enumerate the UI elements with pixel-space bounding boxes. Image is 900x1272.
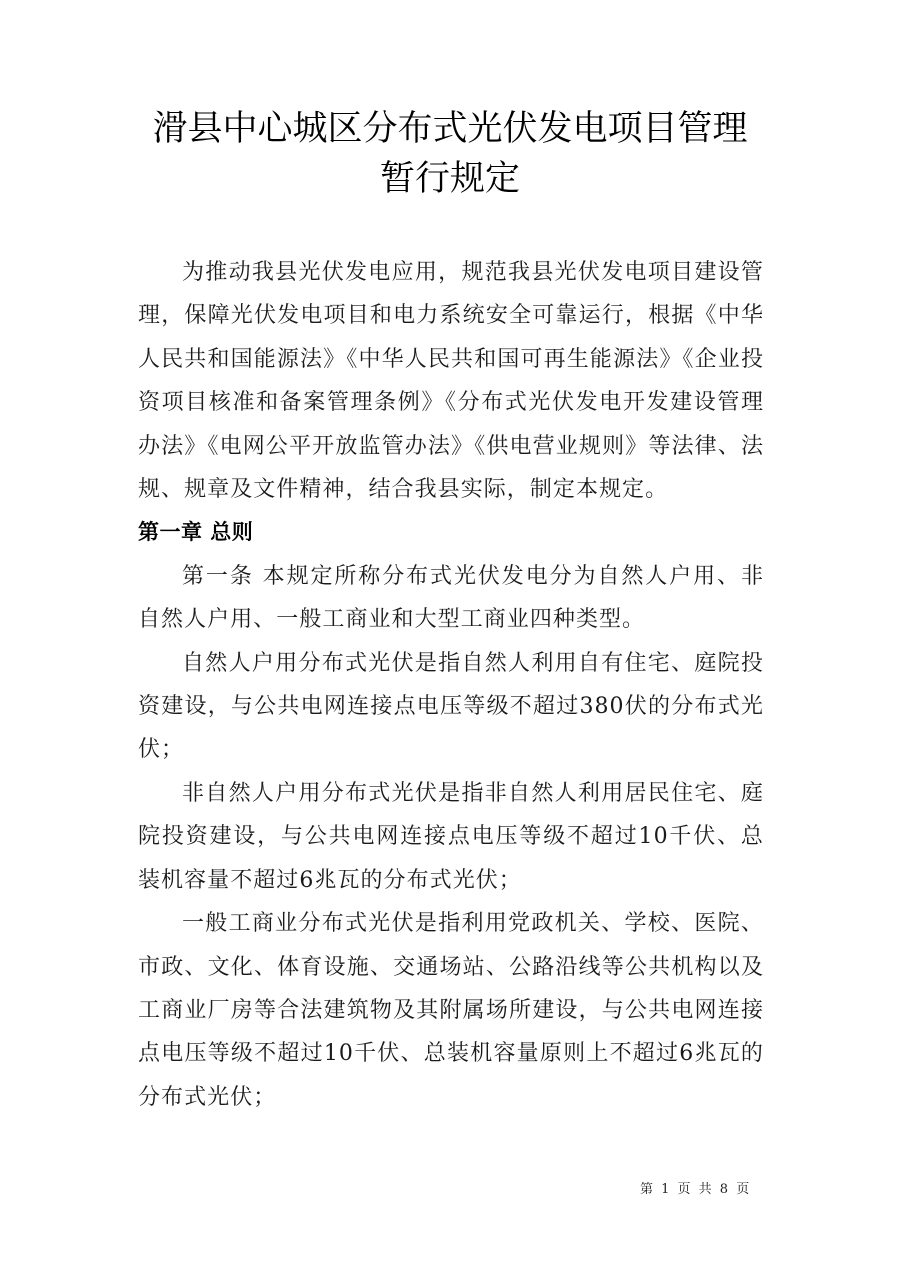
document-page: 滑县中心城区分布式光伏发电项目管理 暂行规定 为推动我县光伏发电应用，规范我县光… (0, 0, 900, 1272)
commercial-definition-paragraph: 一般工商业分布式光伏是指利用党政机关、学校、医院、市政、文化、体育设施、交通场站… (138, 902, 764, 1119)
document-body: 为推动我县光伏发电应用，规范我县光伏发电项目建设管理，保障光伏发电项目和电力系统… (138, 251, 764, 1119)
title-line-1: 滑县中心城区分布式光伏发电项目管理 (100, 104, 800, 154)
residential-definition-paragraph: 自然人户用分布式光伏是指自然人利用自有住宅、庭院投资建设，与公共电网连接点电压等… (138, 642, 764, 772)
article-1-paragraph: 第一条 本规定所称分布式光伏发电分为自然人户用、非自然人户用、一般工商业和大型工… (138, 555, 764, 642)
non-residential-definition-paragraph: 非自然人户用分布式光伏是指非自然人利用居民住宅、庭院投资建设，与公共电网连接点电… (138, 772, 764, 902)
document-title: 滑县中心城区分布式光伏发电项目管理 暂行规定 (100, 104, 800, 204)
preamble-paragraph: 为推动我县光伏发电应用，规范我县光伏发电项目建设管理，保障光伏发电项目和电力系统… (138, 251, 764, 511)
chapter-heading: 第一章 总则 (138, 511, 764, 554)
page-number-footer: 第 1 页 共 8 页 (640, 1178, 780, 1197)
title-line-2: 暂行规定 (100, 154, 800, 204)
